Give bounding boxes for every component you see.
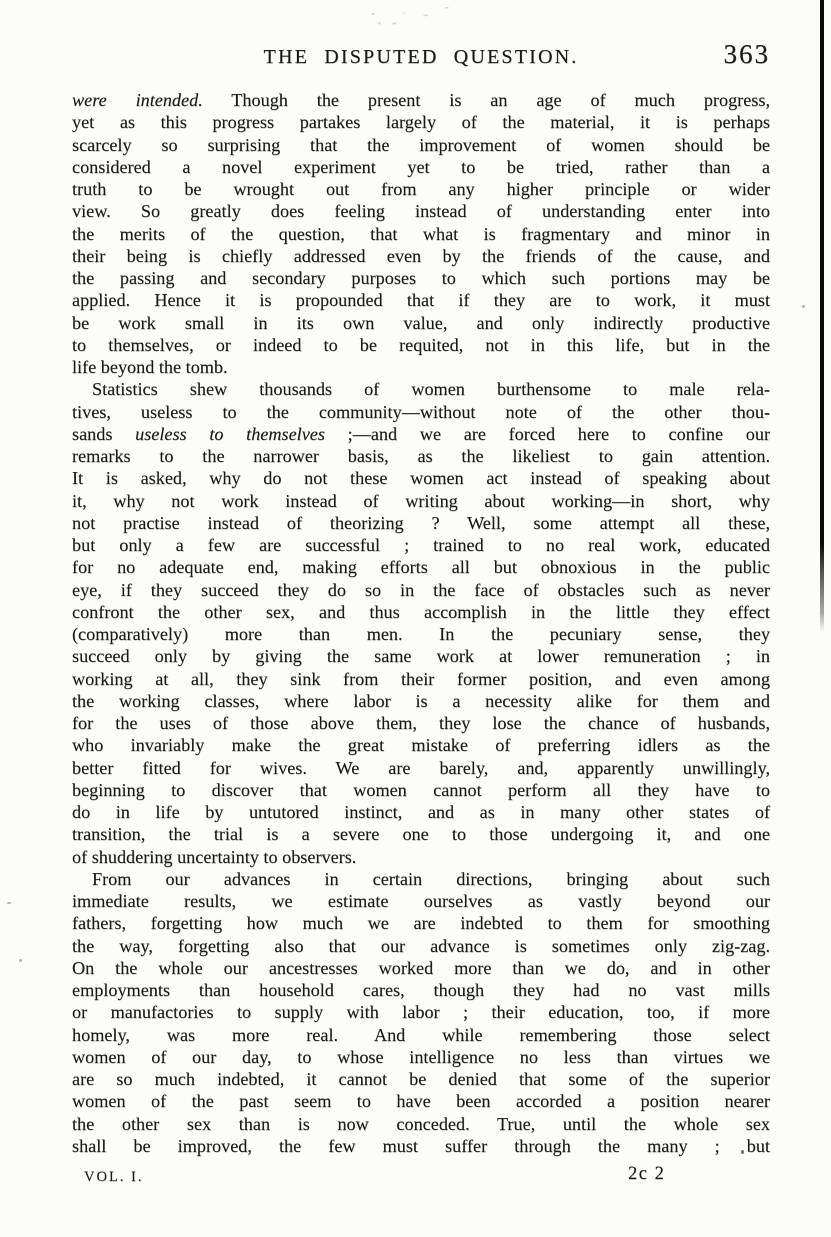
scan-artifact — [19, 959, 22, 962]
text-line: but only a few are successful ; trained … — [72, 534, 770, 556]
text-line: yet as this progress partakes largely of… — [72, 111, 770, 133]
signature-mark: 2c 2 — [628, 1164, 665, 1185]
text-line: applied. Hence it is propounded that if … — [72, 289, 770, 311]
text-line: immediate results, we estimate ourselves… — [72, 890, 770, 912]
scan-edge-artifact — [820, 0, 824, 632]
text-line: working at all, they sink from their for… — [72, 668, 770, 690]
text-line: view. So greatly does feeling instead of… — [72, 200, 770, 222]
page-header: THE DISPUTED QUESTION. 363 — [72, 42, 770, 76]
scanned-page: THE DISPUTED QUESTION. 363 were intended… — [0, 0, 831, 1237]
page-number: 363 — [724, 39, 771, 70]
page-body: were intended. Though the present is an … — [72, 89, 770, 1157]
text-line: On the whole our ancestresses worked mor… — [72, 957, 770, 979]
running-title: THE DISPUTED QUESTION. — [72, 46, 770, 69]
text-line: (comparatively) more than men. In the pe… — [72, 623, 770, 645]
text-line: fathers, forgetting how much we are inde… — [72, 912, 770, 934]
text-line: transition, the trial is a severe one to… — [72, 823, 770, 845]
text-line: better fitted for wives. We are barely, … — [72, 757, 770, 779]
scan-artifact — [802, 305, 805, 308]
text-line: it, why not work instead of writing abou… — [72, 490, 770, 512]
text-line: the working classes, where labor is a ne… — [72, 690, 770, 712]
text-line: employments than household cares, though… — [72, 979, 770, 1001]
text-line: succeed only by giving the same work at … — [72, 645, 770, 667]
text-line: of shuddering uncertainty to observers. — [72, 846, 770, 868]
text-line: eye, if they succeed they do so in the f… — [72, 579, 770, 601]
text-line: From our advances in certain directions,… — [72, 868, 770, 890]
text-line: the other sex than is now conceded. True… — [72, 1113, 770, 1135]
text-line: beginning to discover that women cannot … — [72, 779, 770, 801]
text-line: for the uses of those above them, they l… — [72, 712, 770, 734]
text-line: to themselves, or indeed to be requited,… — [72, 334, 770, 356]
text-line: the passing and secondary purposes to wh… — [72, 267, 770, 289]
paragraph: were intended. Though the present is an … — [72, 89, 770, 378]
text-line: considered a novel experiment yet to be … — [72, 156, 770, 178]
text-line: are so much indebted, it cannot be denie… — [72, 1068, 770, 1090]
text-line: Statistics shew thousands of women burth… — [72, 378, 770, 400]
page-footer: VOL. I. 2c 2 — [72, 1164, 770, 1190]
text-line: be work small in its own value, and only… — [72, 312, 770, 334]
pencil-smudge — [365, 0, 458, 30]
text-line: their being is chiefly addressed even by… — [72, 245, 770, 267]
scan-artifact — [7, 902, 11, 904]
text-line: truth to be wrought out from any higher … — [72, 178, 770, 200]
text-line: the merits of the question, that what is… — [72, 223, 770, 245]
text-line: the way, forgetting also that our advanc… — [72, 935, 770, 957]
text-line: remarks to the narrower basis, as the li… — [72, 445, 770, 467]
text-line: were intended. Though the present is an … — [72, 89, 770, 111]
text-line: women of our day, to whose intelligence … — [72, 1046, 770, 1068]
paragraph: From our advances in certain directions,… — [72, 868, 770, 1157]
text-line: not practise instead of theorizing ? Wel… — [72, 512, 770, 534]
paragraph: Statistics shew thousands of women burth… — [72, 378, 770, 868]
text-line: tives, useless to the community—without … — [72, 401, 770, 423]
text-line: life beyond the tomb. — [72, 356, 770, 378]
text-line: who invariably make the great mistake of… — [72, 734, 770, 756]
text-line: shall be improved, the few must suffer t… — [72, 1135, 770, 1157]
text-line: or manufactories to supply with labor ; … — [72, 1001, 770, 1023]
text-line: sands useless to themselves ;—and we are… — [72, 423, 770, 445]
text-line: for no adequate end, making efforts all … — [72, 556, 770, 578]
text-line: scarcely so surprising that the improvem… — [72, 134, 770, 156]
text-line: confront the other sex, and thus accompl… — [72, 601, 770, 623]
volume-label: VOL. I. — [84, 1169, 144, 1186]
text-line: women of the past seem to have been acco… — [72, 1090, 770, 1112]
text-line: do in life by untutored instinct, and as… — [72, 801, 770, 823]
text-line: homely, was more real. And while remembe… — [72, 1024, 770, 1046]
text-line: It is asked, why do not these women act … — [72, 467, 770, 489]
